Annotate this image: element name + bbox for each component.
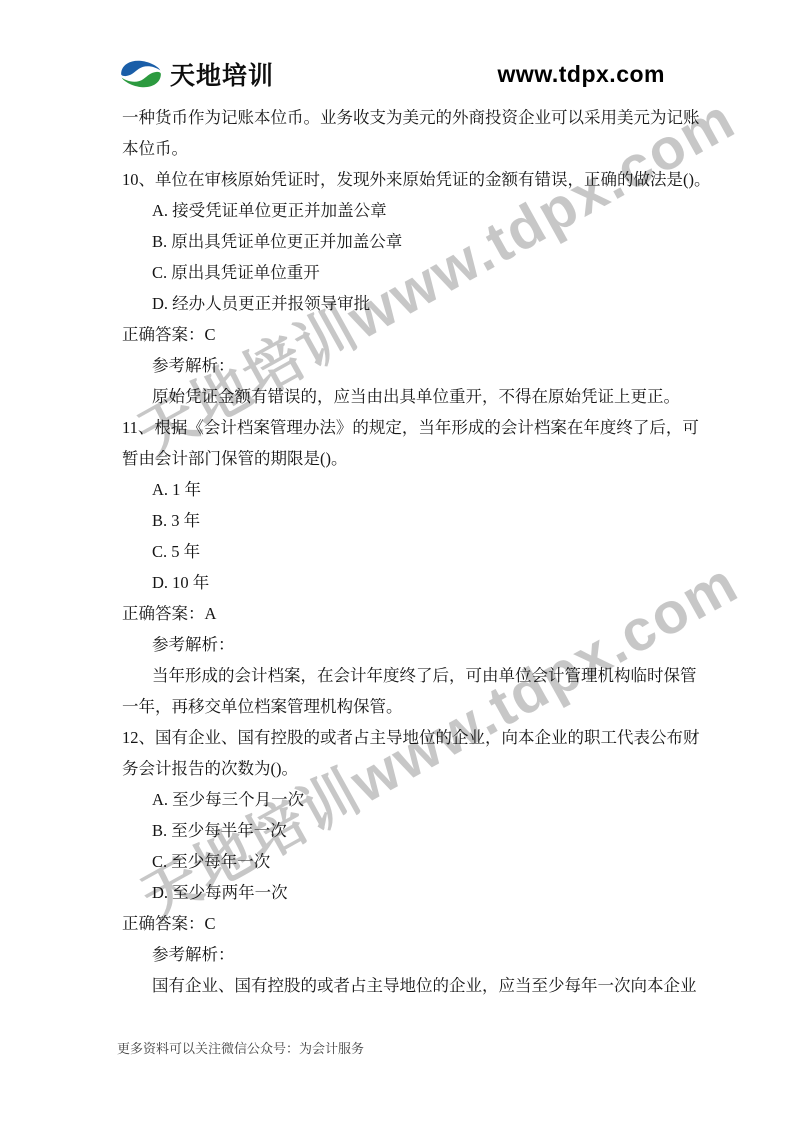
question-12-stem: 12、国有企业、国有控股的或者占主导地位的企业，向本企业的职工代表公布财 bbox=[122, 722, 732, 753]
question-11-answer: 正确答案：A bbox=[122, 598, 732, 629]
question-10-analysis-text: 原始凭证金额有错误的，应当由出具单位重开，不得在原始凭证上更正。 bbox=[122, 381, 732, 412]
question-10-option-c: C. 原出具凭证单位重开 bbox=[122, 257, 732, 288]
question-10-stem: 10、单位在审核原始凭证时，发现外来原始凭证的金额有错误，正确的做法是()。 bbox=[122, 164, 732, 195]
question-12-analysis-text: 国有企业、国有控股的或者占主导地位的企业，应当至少每年一次向本企业 bbox=[122, 970, 732, 1001]
question-12-option-a: A. 至少每三个月一次 bbox=[122, 784, 732, 815]
question-10-option-d: D. 经办人员更正并报领导审批 bbox=[122, 288, 732, 319]
question-11-option-c: C. 5 年 bbox=[122, 536, 732, 567]
brand-logo-text: 天地培训 bbox=[170, 56, 274, 92]
question-10-option-b: B. 原出具凭证单位更正并加盖公章 bbox=[122, 226, 732, 257]
doc-line: 一种货币作为记账本位币。业务收支为美元的外商投资企业可以采用美元为记账 bbox=[122, 102, 732, 133]
question-11-stem: 11、根据《会计档案管理办法》的规定，当年形成的会计档案在年度终了后，可 bbox=[122, 412, 732, 443]
question-11-analysis-text: 当年形成的会计档案，在会计年度终了后，可由单位会计管理机构临时保管 bbox=[122, 660, 732, 691]
question-11-analysis-label: 参考解析： bbox=[122, 629, 732, 660]
footer-note: 更多资料可以关注微信公众号：为会计服务 bbox=[117, 1041, 364, 1056]
question-12-option-b: B. 至少每半年一次 bbox=[122, 815, 732, 846]
document-body: 一种货币作为记账本位币。业务收支为美元的外商投资企业可以采用美元为记账 本位币。… bbox=[122, 102, 732, 1001]
swirl-globe-icon bbox=[118, 57, 164, 91]
question-11-option-b: B. 3 年 bbox=[122, 505, 732, 536]
question-12-analysis-label: 参考解析： bbox=[122, 939, 732, 970]
page-header: 天地培训 www.tdpx.com bbox=[118, 54, 665, 94]
question-11-option-a: A. 1 年 bbox=[122, 474, 732, 505]
document-page: 天地培训www.tdpx.com 天地培训www.tdpx.com 天地培训 w… bbox=[0, 0, 793, 1122]
question-11-analysis-cont: 一年，再移交单位档案管理机构保管。 bbox=[122, 691, 732, 722]
site-url-text: www.tdpx.com bbox=[498, 61, 665, 88]
question-10-answer: 正确答案：C bbox=[122, 319, 732, 350]
question-10-analysis-label: 参考解析： bbox=[122, 350, 732, 381]
question-12-answer: 正确答案：C bbox=[122, 908, 732, 939]
question-10-option-a: A. 接受凭证单位更正并加盖公章 bbox=[122, 195, 732, 226]
question-11-stem-cont: 暂由会计部门保管的期限是()。 bbox=[122, 443, 732, 474]
doc-line: 本位币。 bbox=[122, 133, 732, 164]
question-12-stem-cont: 务会计报告的次数为()。 bbox=[122, 753, 732, 784]
question-12-option-c: C. 至少每年一次 bbox=[122, 846, 732, 877]
question-12-option-d: D. 至少每两年一次 bbox=[122, 877, 732, 908]
brand-logo: 天地培训 bbox=[118, 56, 274, 92]
question-11-option-d: D. 10 年 bbox=[122, 567, 732, 598]
page-footer: 更多资料可以关注微信公众号：为会计服务 bbox=[117, 1038, 364, 1057]
